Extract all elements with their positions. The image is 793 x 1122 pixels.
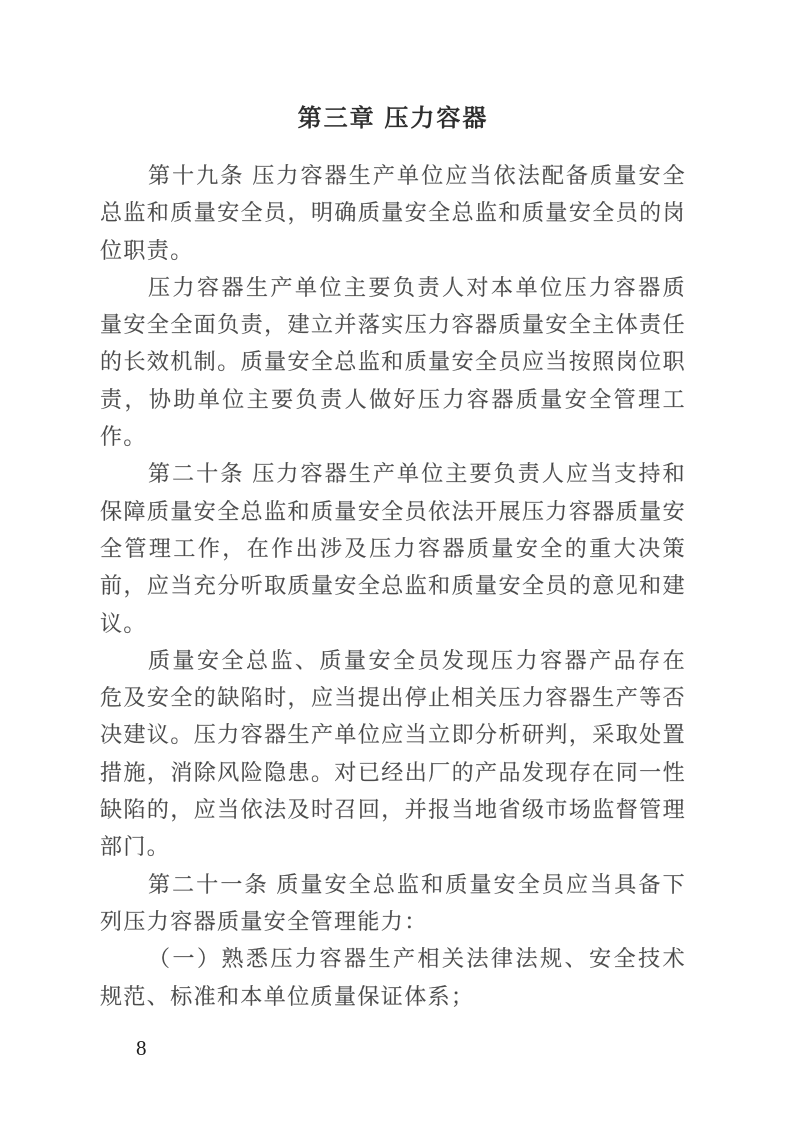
paragraph: 质量安全总监、质量安全员发现压力容器产品存在危及安全的缺陷时，应当提出停止相关压… bbox=[100, 642, 686, 866]
paragraph: 第二十一条 质量安全总监和质量安全员应当具备下列压力容器质量安全管理能力： bbox=[100, 866, 686, 941]
document-body: 第十九条 压力容器生产单位应当依法配备质量安全总监和质量安全员，明确质量安全总监… bbox=[100, 157, 686, 1015]
chapter-title: 第三章 压力容器 bbox=[100, 104, 686, 134]
paragraph: 第十九条 压力容器生产单位应当依法配备质量安全总监和质量安全员，明确质量安全总监… bbox=[100, 157, 686, 269]
document-page: 第三章 压力容器 第十九条 压力容器生产单位应当依法配备质量安全总监和质量安全员… bbox=[0, 0, 793, 1122]
paragraph: （一）熟悉压力容器生产相关法律法规、安全技术规范、标准和本单位质量保证体系； bbox=[100, 940, 686, 1015]
page-number: 8 bbox=[136, 1036, 147, 1061]
paragraph: 第二十条 压力容器生产单位主要负责人应当支持和保障质量安全总监和质量安全员依法开… bbox=[100, 455, 686, 641]
document-content: 第三章 压力容器 第十九条 压力容器生产单位应当依法配备质量安全总监和质量安全员… bbox=[100, 104, 686, 1015]
paragraph: 压力容器生产单位主要负责人对本单位压力容器质量安全全面负责，建立并落实压力容器质… bbox=[100, 269, 686, 455]
